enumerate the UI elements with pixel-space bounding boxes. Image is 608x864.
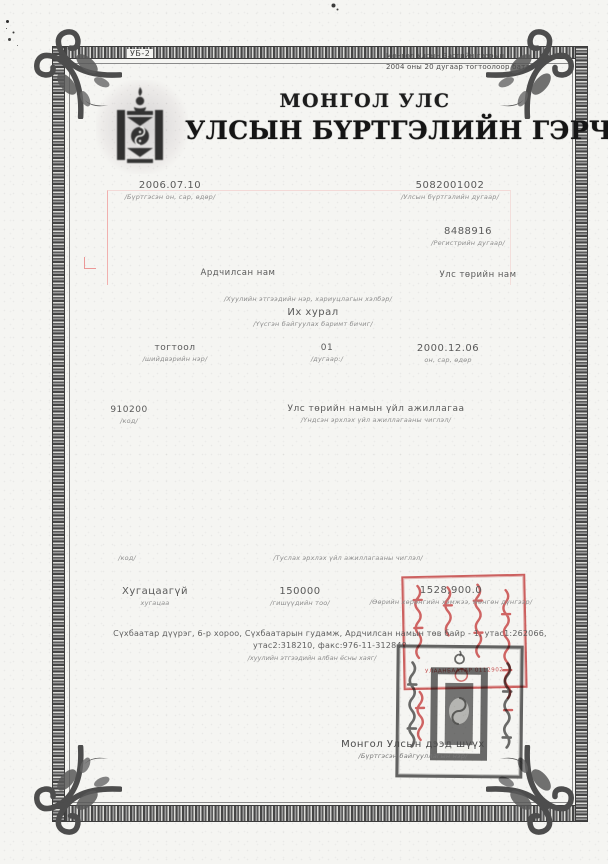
address-line1: Сүхбаатар дүүрэг, 6-р хороо, Сүхбаатарын…: [95, 628, 565, 640]
decision-number-label: /дугаар:/: [311, 355, 343, 363]
field-address: Сүхбаатар дүүрэг, 6-р хороо, Сүхбаатарын…: [95, 628, 565, 662]
field-founding-doc: Их хурал /Үүсгэн байгуулах баримт бичиг/: [253, 307, 372, 328]
corner-ornament-icon: [30, 745, 122, 837]
scan-artifact-red-mark: [84, 257, 96, 269]
field-registry-number: 8488916 /Регистрийн дугаар/: [431, 226, 505, 247]
approval-note-line2: 2004 оны 20 дугаар тогтоолоор батлав.: [386, 62, 556, 73]
capital-label: /Өөрийн хөрөнгийн хэмжээ, мөнгөн дүнгээр…: [370, 598, 532, 606]
border-band-left: [52, 46, 65, 822]
duration-value: Хугацаагүй: [122, 586, 188, 597]
soyombo-emblem-icon: [110, 86, 170, 168]
field-registered-date: 2006.07.10 /Бүртгэсэн он, сар, өдөр/: [125, 180, 216, 201]
field-members-count: 150000 /гишүүдийн тоо/: [270, 586, 330, 607]
field-state-number: 5082001002 /Улсын бүртгэлийн дугаар/: [401, 180, 499, 201]
field-decision-date: 2000.12.06 он, сар, өдөр: [417, 343, 479, 364]
state-number-value: 5082001002: [401, 180, 499, 191]
field-capital: 1528,900.0 /Өөрийн хөрөнгийн хэмжээ, мөн…: [370, 585, 532, 606]
state-number-label: /Улсын бүртгэлийн дугаар/: [401, 193, 499, 201]
entity-name-value: Ардчилсан нам: [201, 268, 276, 278]
activity-code-value: 910200: [110, 405, 147, 415]
address-label: /хуулийн этгээдийн албан ёсны хаяг/: [77, 654, 547, 662]
field-decision-name: тогтоол /шийдвэрийн нэр/: [143, 343, 208, 363]
decision-name-value: тогтоол: [143, 343, 208, 353]
approval-note-line1: Монгол Улсын Засгийн газрын: [386, 51, 556, 62]
decision-date-value: 2000.12.06: [417, 343, 479, 354]
registrar-label: /Бүртгэсэн байгууллагын нэр/: [341, 752, 485, 760]
registered-date-value: 2006.07.10: [125, 180, 216, 191]
entity-name-label: /Хуулийн этгээдийн нэр, хариуцлагын хэлб…: [224, 295, 392, 303]
field-entity-form: Улс төрийн нам: [439, 270, 516, 280]
field-sub-code-label: /код/: [118, 552, 136, 562]
founding-doc-label: /Үүсгэн байгуулах баримт бичиг/: [253, 320, 372, 328]
form-code: УБ-2: [127, 49, 153, 58]
main-activity-value: Улс төрийн намын үйл ажиллагаа: [287, 404, 464, 414]
page-title: УЛСЫН БҮРТГЭЛИЙН ГЭРЧИЛГЭЭ: [185, 116, 545, 145]
field-activity-code: 910200 /код/: [110, 405, 147, 425]
duration-label: хугацаа: [122, 599, 188, 607]
corner-ornament-icon: [30, 27, 122, 119]
field-main-activity: Улс төрийн намын үйл ажиллагаа /Үндсэн э…: [287, 404, 464, 424]
approval-note: Монгол Улсын Засгийн газрын 2004 оны 20 …: [386, 51, 556, 73]
sub-activity-label: /Туслах эрхлэх үйл ажиллагааны чиглэл/: [273, 554, 422, 562]
activity-code-label: /код/: [110, 417, 147, 425]
address-line2: утас2:318210, факс:976-11-312840: [95, 640, 565, 652]
registry-number-value: 8488916: [431, 226, 505, 237]
ink-specks: [6, 20, 9, 23]
field-decision-number: 01 /дугаар:/: [311, 343, 343, 363]
decision-number-value: 01: [311, 343, 343, 353]
main-activity-label: /Үндсэн эрхлэх үйл ажиллагааны чиглэл/: [287, 416, 464, 424]
field-registrar: Монгол Улсын дээд шүүх /Бүртгэсэн байгуу…: [341, 739, 485, 760]
registrar-value: Монгол Улсын дээд шүүх: [341, 739, 485, 750]
entity-form-value: Улс төрийн нам: [439, 270, 516, 280]
capital-value: 1528,900.0: [370, 585, 532, 596]
country-title: МОНГОЛ УЛС: [185, 90, 545, 112]
decision-date-label: он, сар, өдөр: [417, 356, 479, 364]
registered-date-label: /Бүртгэсэн он, сар, өдөр/: [125, 193, 216, 201]
sub-code-label: /код/: [118, 554, 136, 562]
members-count-label: /гишүүдийн тоо/: [270, 599, 330, 607]
field-entity-name: Ардчилсан нам: [201, 268, 276, 278]
document-header: МОНГОЛ УЛС УЛСЫН БҮРТГЭЛИЙН ГЭРЧИЛГЭЭ: [185, 90, 545, 145]
members-count-value: 150000: [270, 586, 330, 597]
border-band-right: [575, 46, 588, 822]
founding-doc-value: Их хурал: [253, 307, 372, 318]
decision-name-label: /шийдвэрийн нэр/: [143, 355, 208, 363]
field-sub-activity-label: /Туслах эрхлэх үйл ажиллагааны чиглэл/: [273, 552, 422, 562]
field-duration: Хугацаагүй хугацаа: [122, 586, 188, 607]
registry-number-label: /Регистрийн дугаар/: [431, 239, 505, 247]
field-entity-name-label: /Хуулийн этгээдийн нэр, хариуцлагын хэлб…: [224, 293, 392, 303]
